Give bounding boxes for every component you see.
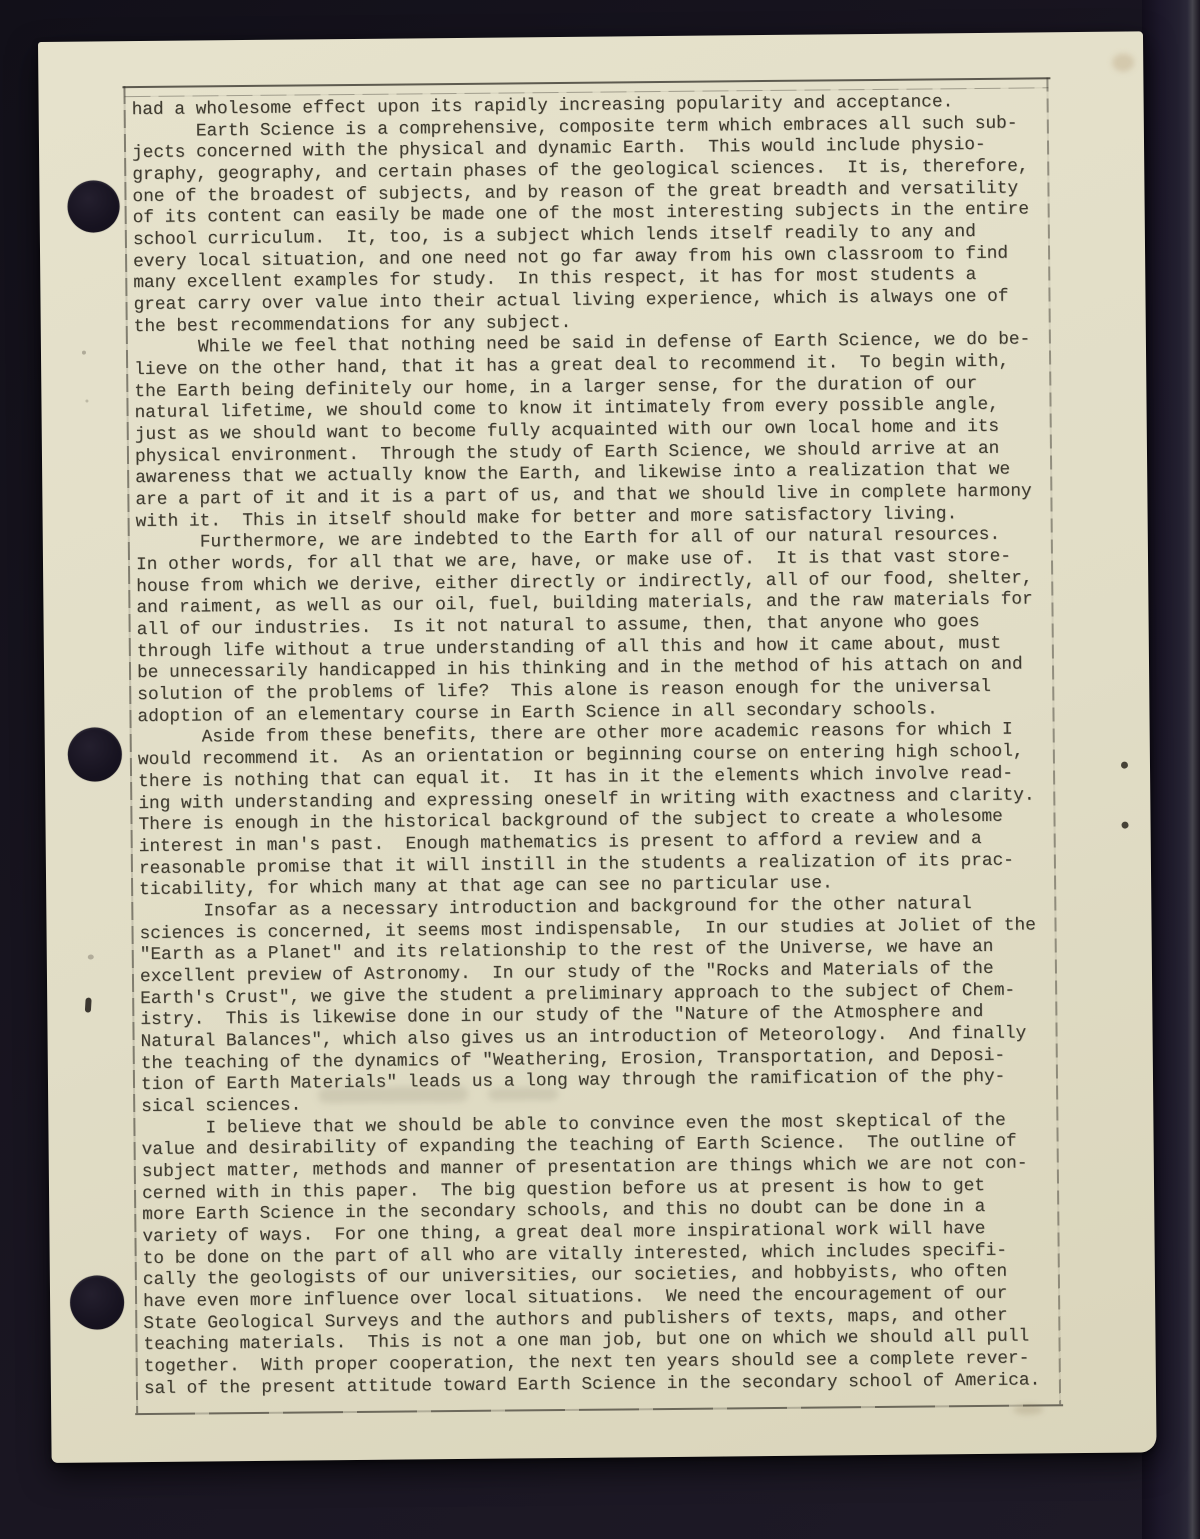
ghost-smudge	[318, 1086, 468, 1103]
ink-speck	[85, 997, 92, 1012]
typed-frame-right-rule	[1046, 77, 1061, 1404]
ink-speck	[1122, 822, 1129, 829]
ink-speck	[88, 955, 94, 960]
hole-punch-bottom	[70, 1275, 125, 1330]
typed-frame-top-rule	[122, 77, 1050, 88]
typed-frame-bottom-rule	[135, 1404, 1063, 1415]
photo-backdrop: had a wholesome effect upon its rapidly …	[0, 0, 1200, 1539]
paper-stain	[1112, 53, 1134, 71]
paper-stain	[1013, 1404, 1043, 1414]
ink-speck	[82, 351, 86, 355]
ink-speck	[85, 400, 88, 403]
hole-punch-middle	[68, 727, 123, 782]
ghost-smudge	[488, 1087, 558, 1101]
document-page: had a wholesome effect upon its rapidly …	[38, 31, 1157, 1463]
page-text: had a wholesome effect upon its rapidly …	[132, 92, 1041, 1401]
hole-punch-top	[67, 180, 119, 232]
ink-speck	[1121, 762, 1128, 769]
